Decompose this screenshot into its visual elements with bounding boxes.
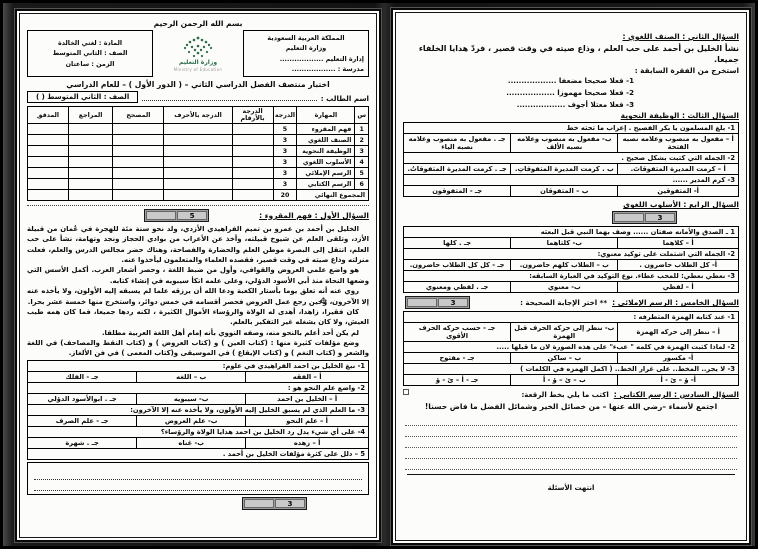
- mcq-option: ب – اللغه: [137, 371, 246, 382]
- mcq-question: 1- نبغ الخليل بن احمد الفراهيدي في علوم:: [28, 360, 369, 371]
- question-6-title-row: السؤال السادس : الرسم الكتابي : اكتب ما …: [403, 389, 739, 399]
- mcq-options-row: أ- كل الطلاب حاضرون . ب – الطلاب كلهم حا…: [404, 260, 739, 271]
- passage-paragraph: وضع مؤلفات كثيرة منها : (كتاب العين ) و …: [27, 338, 369, 359]
- mcq-option: أ- مكسور: [618, 353, 739, 364]
- answer-line: [34, 469, 362, 480]
- mcq-option: أ – لفظي: [618, 282, 739, 293]
- end-divider: [407, 474, 735, 475]
- subject-line: الصف : الثاني المتوسط: [32, 48, 148, 58]
- score-badge-value: 3: [438, 298, 468, 307]
- dotted-divider: [27, 205, 369, 206]
- mcq-option: أ – الفقه: [246, 371, 369, 382]
- mcq-option: جـ - مفتوح: [404, 353, 511, 364]
- mcq-option: جـ . كلها: [404, 238, 511, 249]
- score-badge: 5: [144, 209, 209, 222]
- student-name-label: اسم الطالب :: [321, 94, 369, 103]
- ministry-logo: وزارة التعليم Ministry of Education: [153, 30, 243, 77]
- grades-row: 6 الرسم الكتابي 3: [28, 179, 369, 190]
- question-2-title: السؤال الثاني : الصنف اللغوي :: [622, 32, 739, 41]
- anchor-handle-icon: ✥: [320, 298, 328, 307]
- mcq-option: أ – كرمت المديرة المتفوقاتَ.: [618, 164, 739, 175]
- mcq-options-row: أ- المتفوقين ب – المتفوقان جـ - المتفوقو…: [404, 186, 739, 197]
- student-name-row: اسم الطالب : الصف : الثاني المتوسط ( ): [27, 91, 369, 103]
- grades-header-cell: المصحح: [113, 107, 164, 124]
- passage-paragraph: الخليل بن أحمد بن عمرو بن تميم الفراهيدي…: [27, 224, 369, 265]
- mcq-question: 2- الجمله التي كتبت بشكل صحيح .: [404, 153, 739, 164]
- question-4-title-row: السؤال الرابع : الأسلوب اللغوي: [403, 200, 739, 209]
- mcq-option: جـ - علم الصرف: [28, 415, 137, 426]
- grades-header-cell: الدرجة بالأحرف: [164, 107, 232, 124]
- grades-cell: 6: [355, 179, 369, 190]
- mcq-option: ب- غناه: [137, 437, 246, 448]
- mcq-option: جـ . كرمت المديرة المتفوقاتُ.: [404, 164, 511, 175]
- score-badge-empty-cell: [614, 213, 644, 222]
- mcq-option: جـ - المتفوقون: [404, 186, 511, 197]
- grades-cell: فهم المقروء: [297, 124, 355, 135]
- mcq-option: أ – الخليل بن احمد: [246, 393, 369, 404]
- mcq-question: 4- على أي شيء يدل رد الخليل بن احمد هداي…: [28, 426, 369, 437]
- question-1-mcq-table: 1- نبغ الخليل بن احمد الفراهيدي في علوم:…: [27, 360, 369, 460]
- mcq-option: ب – الطلاب كلهم حاضرون.: [511, 260, 618, 271]
- mcq-options-row: أ – علم النحو ب- علم العروض جـ - علم الص…: [28, 415, 369, 426]
- ministry-line: وزارة التعليم: [248, 43, 364, 53]
- question-6-note: اكتب ما يلي بخط الرقعة:: [521, 390, 608, 399]
- mcq-options-row: أ – الفقه ب – اللغه جـ - الفلك: [28, 371, 369, 382]
- question-6-title: السؤال السادس : الرسم الكتابي :: [614, 390, 739, 399]
- question-2-instruction: استخرج من الفقرة السابقة :: [403, 66, 739, 75]
- ministry-info-box: المملكة العربية السعودية وزارة التعليم إ…: [243, 30, 369, 77]
- mcq-options-row: أ- ؤ – ئ - أ ب – ئ – ؤ - أ جـ - أ – ئ - …: [404, 375, 739, 386]
- mcq-option: ب- معنوي: [511, 282, 618, 293]
- grades-row: 5 الرسم الإملائي 3: [28, 168, 369, 179]
- question-5-mcq-table: 1- عند كتابه الهمزة المتطرفه : أ – ننظر …: [403, 311, 739, 386]
- mcq-options-row: أ – ننظر إلى حركه الهمزة ب- ننظر إلى حرك…: [404, 323, 739, 342]
- mcq-option: أ – ننظر إلى حركه الهمزة: [618, 323, 739, 342]
- grades-cell: الصنف اللغوي: [297, 135, 355, 146]
- grades-total-label: المجموع النهائي: [297, 190, 369, 201]
- mcq-option: ب – المتفوقان: [511, 186, 618, 197]
- mcq-options-row: أ – كلاهما ب- كلتاهما جـ . كلها: [404, 238, 739, 249]
- mcq-option: ب- مفعول به منصوب وعلامه نصبه الألف: [511, 134, 618, 153]
- grades-row: 1 فهم المقروء 5: [28, 124, 369, 135]
- writing-line: [405, 415, 737, 426]
- mcq-option: جـ . شهرة: [28, 437, 137, 448]
- mcq-option: جـ - كل كل الطلاب حاضرون.: [404, 260, 511, 271]
- score-badge: 3: [242, 497, 307, 510]
- mcq-option: ب . كرمت المديرة المتفوقاتِ.: [511, 164, 618, 175]
- passage-paragraph: روي عنه أنه تعلق يوما بأستار الكعبة ودعا…: [27, 286, 369, 307]
- exam-page-1: بسم الله الرحمن الرحيم المملكة العربية ا…: [15, 9, 381, 542]
- grades-header-cell: المراجع: [68, 107, 112, 124]
- mcq-question: 1- بلغ المسلمون يا بكر الفصيح . إعراب ما…: [404, 123, 739, 134]
- grades-cell: 3: [273, 135, 297, 146]
- grades-cell: 3: [273, 157, 297, 168]
- score-badge-empty-cell: [244, 499, 274, 508]
- bottom-score-row: 3: [27, 497, 369, 510]
- question-4-title: السؤال الرابع : الأسلوب اللغوي: [623, 200, 739, 209]
- grades-header-cell: الدرجة: [273, 107, 297, 124]
- mcq-options-row: أ – كرمت المديرة المتفوقاتَ. ب . كرمت ال…: [404, 164, 739, 175]
- grades-header-row: س المهارة الدرجة الدرجة بالأرقام الدرجة …: [28, 107, 369, 124]
- answer-line: [34, 480, 362, 491]
- mcq-option: جـ . لفظي ومعنوي: [404, 282, 511, 293]
- passage-paragraph: كان فقيرا، زاهدا، أهدى له الولاة والرؤسا…: [27, 307, 369, 328]
- mcq-options-row: أ – زهده ب- غناه جـ . شهرة: [28, 437, 369, 448]
- mcq-option: جـ . ابوالأسود الدؤلي: [28, 393, 137, 404]
- grades-cell: 1: [355, 124, 369, 135]
- mcq-option: أ- كل الطلاب حاضرون .: [618, 260, 739, 271]
- mcq-options-row: أ – الخليل بن احمد ب- سيبويه جـ . ابوالأ…: [28, 393, 369, 404]
- mcq-option: أ – علم النحو: [246, 415, 369, 426]
- question-1-title: السؤال الأول : فهم المقروء :: [259, 211, 369, 220]
- passage-paragraph: لم يكن أحد أعلم بالنحو منه، وصفه النووي …: [27, 328, 369, 338]
- question-5-title-row: السؤال الخامس : الرسم الإملائي : ** اختر…: [403, 296, 739, 309]
- mcq-option: أ – مفعول به منصوب وعلامه نصبه الفتحة: [618, 134, 739, 153]
- grades-row: 2 الصنف اللغوي 3: [28, 135, 369, 146]
- question-3-title-row: السؤال الثالث : الوظيفة النحوية: [403, 111, 739, 120]
- writing-line: [405, 426, 737, 437]
- question-3-mcq-table: 1- بلغ المسلمون يا بكر الفصيح . إعراب ما…: [403, 122, 739, 197]
- grades-cell: الأسلوب اللغوي: [297, 157, 355, 168]
- question-1-title-row: السؤال الأول : فهم المقروء : 5: [27, 209, 369, 222]
- question-4-score-row: 3: [403, 211, 739, 224]
- grades-total-row: المجموع النهائي 20: [28, 190, 369, 201]
- ministry-logo-subtitle: Ministry of Education: [174, 67, 223, 72]
- mcq-question: 5 – دلل على كثرة مؤلفات الخليل بن أحمد .: [28, 448, 369, 459]
- mcq-options-row: أ – لفظي ب- معنوي جـ . لفظي ومعنوي: [404, 282, 739, 293]
- score-badge: 3: [612, 211, 677, 224]
- mcq-options-row: أ- مكسور ب – ساكن جـ - مفتوح: [404, 353, 739, 364]
- student-name-blank: [142, 93, 317, 101]
- mcq-option: جـ . مفعول به منصوب وعلامه نصبه الياء: [404, 134, 511, 153]
- exam-header: المملكة العربية السعودية وزارة التعليم إ…: [27, 30, 369, 77]
- mcq-question: 2- الجمله التي اشتملت على توكيد معنوي:: [404, 249, 739, 260]
- mcq-question: 2- لماذا كتبت الهمزة في كلمه " عبء" على …: [404, 342, 739, 353]
- grades-cell: 3: [273, 168, 297, 179]
- subject-line: الزمن : ساعتان: [32, 59, 148, 69]
- extract-item: 1- فعلا صحيحا مضعفا ..................: [403, 75, 739, 87]
- grades-cell: 4: [355, 157, 369, 168]
- writing-line: [405, 459, 737, 470]
- question-2-items: 1- فعلا صحيحا مضعفا .................. 2…: [403, 75, 739, 110]
- question-5-note: ** اختر الإجابة الصحيحة :: [520, 298, 607, 307]
- mcq-option: ب – ساكن: [511, 353, 618, 364]
- grades-cell: الوظيفة النحوية: [297, 146, 355, 157]
- grades-cell: 3: [273, 179, 297, 190]
- mcq-question: 3- كرم المدير ......: [404, 175, 739, 186]
- basmala-text: بسم الله الرحمن الرحيم: [27, 19, 369, 28]
- score-badge-value: 3: [645, 213, 675, 222]
- grades-header-cell: الدرجة بالأرقام: [232, 107, 273, 124]
- mcq-option: جـ - الفلك: [28, 371, 137, 382]
- writing-line: [405, 448, 737, 459]
- score-badge-empty-cell: [407, 298, 437, 307]
- calligraphy-sentence: اجتمع لأسماء –رضي الله عنها – من خصائل ا…: [403, 402, 739, 411]
- grades-cell: 3: [273, 146, 297, 157]
- question-2-sentence: نشأ الخليل بن أحمد على حب العلم ، وذاع ص…: [403, 43, 739, 65]
- class-box: الصف : الثاني المتوسط ( ): [27, 91, 138, 103]
- subject-line: المادة : لغتي الخالدة: [32, 38, 148, 48]
- extract-item: 3- فعلا معتلا أجوف ..................: [403, 99, 739, 111]
- grades-cell: 2: [355, 135, 369, 146]
- mcq-question: 2- واضع علم النحو هو :: [28, 382, 369, 393]
- mcq-option: أ- المتفوقين: [618, 186, 739, 197]
- grades-row: 4 الأسلوب اللغوي 3: [28, 157, 369, 168]
- question-5-title: السؤال الخامس : الرسم الإملائي :: [612, 298, 739, 307]
- mcq-option: أ – كلاهما: [618, 238, 739, 249]
- exam-page-2: السؤال الثاني : الصنف اللغوي : نشأ الخلي…: [391, 8, 751, 545]
- grades-table: س المهارة الدرجة الدرجة بالأرقام الدرجة …: [27, 106, 369, 201]
- exam-title: اختبار منتصف الفصل الدراسي الثاني – ( ال…: [27, 80, 369, 89]
- mcq-option: أ- ؤ – ئ - أ: [618, 375, 739, 386]
- mcq-option: ب- كلتاهما: [511, 238, 618, 249]
- mcq-question: 3- ما العلم الذي لم يسبق الخليل إليه الأ…: [28, 404, 369, 415]
- mcq-question: 1- عند كتابه الهمزة المتطرفه :: [404, 312, 739, 323]
- ministry-line: المملكة العربية السعودية: [248, 33, 364, 43]
- ministry-line: إدارة التعليم ..................: [248, 54, 364, 64]
- mcq-option: أ – زهده: [246, 437, 369, 448]
- grades-cell: 3: [355, 146, 369, 157]
- question-4-mcq-table: 1 ـ الصدق والأمانه صفتان ...... وصف بهما…: [403, 226, 739, 293]
- reading-passage: الخليل بن أحمد بن عمرو بن تميم الفراهيدي…: [27, 224, 369, 359]
- score-badge-value: 3: [275, 499, 305, 508]
- mcq-option: ب- ننظر إلى حركه الحرف قبل الهمزة: [511, 323, 618, 342]
- scanned-exam-background: بسم الله الرحمن الرحيم المملكة العربية ا…: [0, 0, 758, 549]
- question-2-title-row: السؤال الثاني : الصنف اللغوي :: [403, 32, 739, 41]
- grades-total-value: 20: [273, 190, 297, 201]
- score-badge-value: 5: [177, 211, 207, 220]
- grades-cell: 5: [273, 124, 297, 135]
- mcq-options-row: أ – مفعول به منصوب وعلامه نصبه الفتحة ب-…: [404, 134, 739, 153]
- mcq-question: 1 ـ الصدق والأمانه صفتان ...... وصف بهما…: [404, 227, 739, 238]
- ministry-logo-title: وزارة التعليم: [179, 59, 217, 66]
- mcq-option: جـ - حسب حركه الحرف الأقوى: [404, 323, 511, 342]
- mcq-question: 3- نعطي نعطي: للمحب عطاء. نوع التوكيد في…: [404, 271, 739, 282]
- grades-row: 3 الوظيفة النحوية 3: [28, 146, 369, 157]
- writing-practice-area: [405, 415, 737, 470]
- end-of-questions-text: انتهت الأسئلة: [403, 484, 739, 492]
- mcq-option: ب – ئ – ؤ - أ: [511, 375, 618, 386]
- grades-cell: الرسم الكتابي: [297, 179, 355, 190]
- subject-info-box: المادة : لغتي الخالدة الصف : الثاني المت…: [27, 30, 153, 77]
- score-badge: 3: [405, 296, 470, 309]
- question-3-title: السؤال الثالث : الوظيفة النحوية: [621, 111, 739, 120]
- grades-header-cell: المدقق: [28, 107, 69, 124]
- grades-header-cell: المهارة: [297, 107, 355, 124]
- ministry-line: مدرسة : ..................: [248, 64, 364, 74]
- mcq-option: جـ - أ – ئ - ؤ: [404, 375, 511, 386]
- passage-paragraph: هو واضع علمي العروض والقوافي، وأول من ضب…: [27, 265, 369, 286]
- grades-header-cell: س: [355, 107, 369, 124]
- answer-lines-box: [27, 462, 369, 495]
- extract-item: 2- فعلا صحيحا مهموزا ..................: [403, 87, 739, 99]
- mcq-option: ب- سيبويه: [137, 393, 246, 404]
- square-handle-icon: [403, 389, 409, 395]
- writing-line: [405, 437, 737, 448]
- score-badge-empty-cell: [146, 211, 176, 220]
- mcq-question: 3- لا يجر.. المخط.. على غرار الخط.. ( اك…: [404, 364, 739, 375]
- ministry-logo-emblem: [175, 35, 221, 59]
- grades-cell: 5: [355, 168, 369, 179]
- mcq-option: ب- علم العروض: [137, 415, 246, 426]
- grades-cell: الرسم الإملائي: [297, 168, 355, 179]
